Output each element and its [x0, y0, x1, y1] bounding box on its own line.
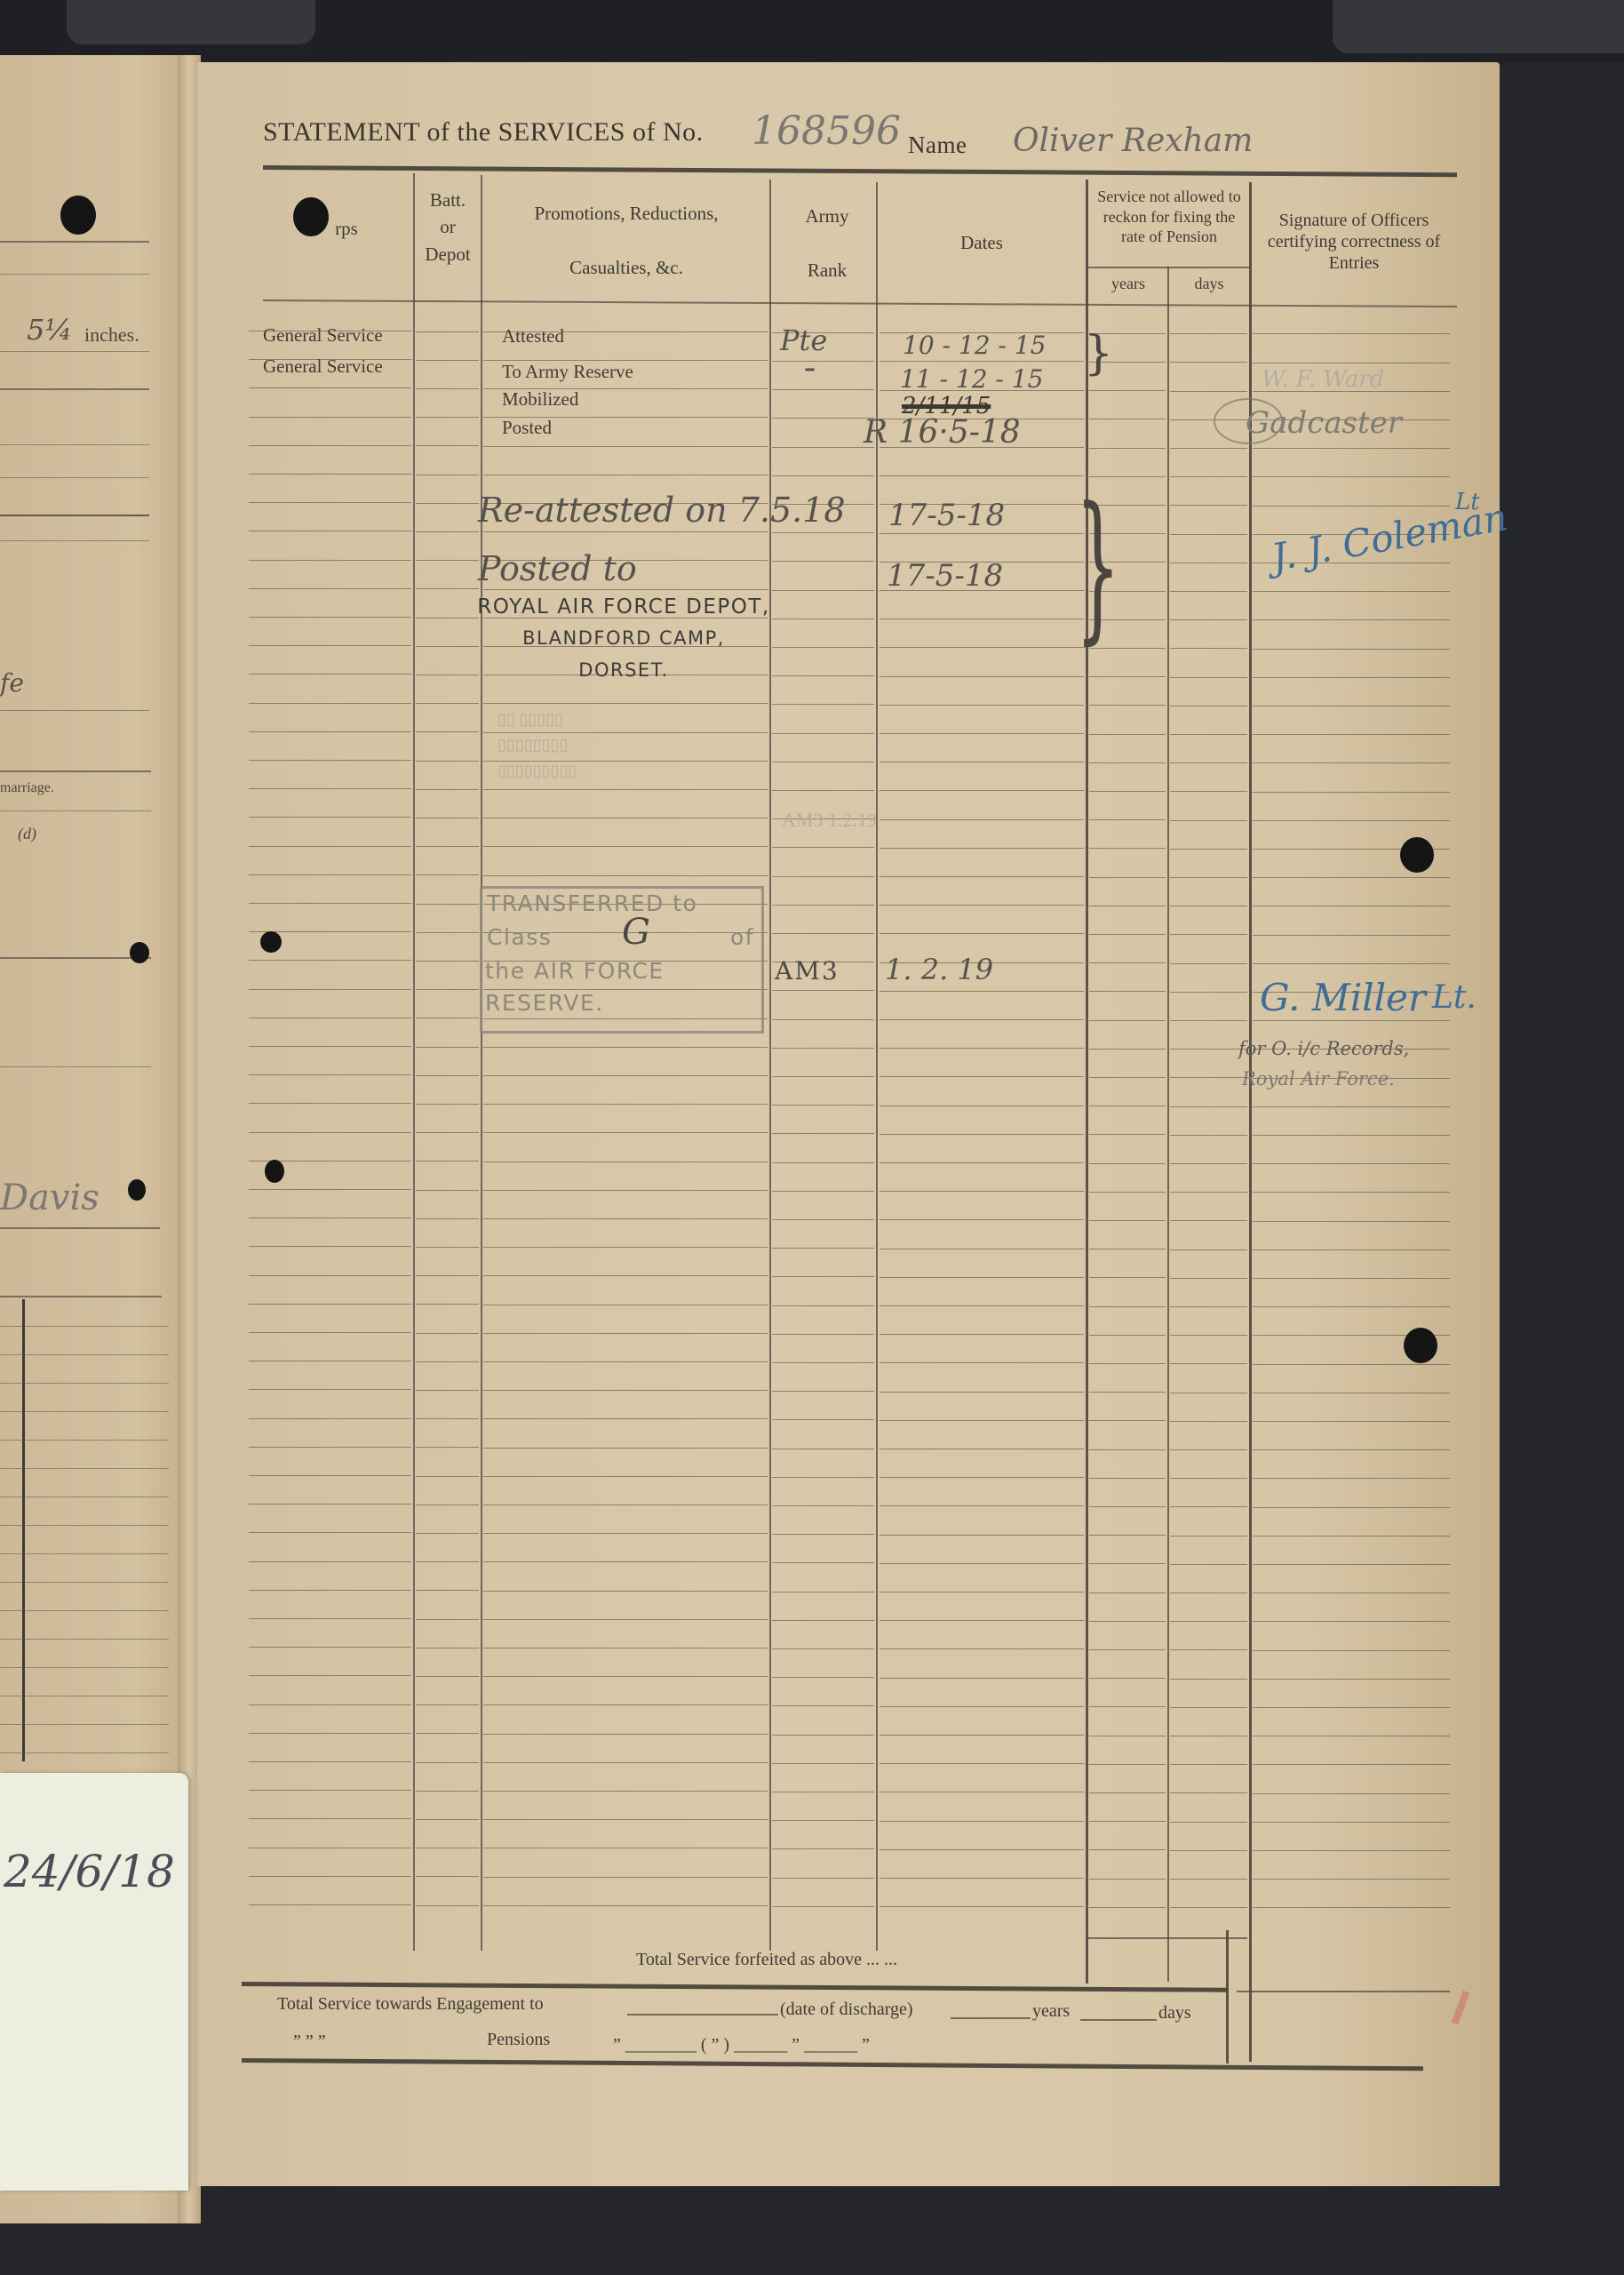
col-divider-corps — [413, 173, 415, 1951]
left-rule — [0, 388, 149, 390]
brace-icon: } — [1084, 327, 1113, 380]
row-event-reserve: To Army Reserve — [502, 361, 633, 383]
posting-stamp-line-1: ROYAL AIR FORCE DEPOT, — [455, 595, 792, 619]
days-label: days — [1158, 2003, 1191, 2024]
transfer-class-value: G — [622, 912, 650, 953]
backdrop-cloth — [67, 0, 315, 44]
years-label: years — [1032, 2001, 1070, 2022]
posting-stamp-line-3: DORSET. — [455, 659, 792, 681]
left-rule — [0, 444, 149, 445]
forfeited-rule — [1087, 1937, 1247, 1939]
header-corps: rps — [329, 215, 364, 242]
transfer-stamp-class-label: Class — [487, 924, 552, 950]
header-days: days — [1169, 274, 1249, 294]
title-prefix: STATEMENT of the SERVICES of No. — [263, 117, 704, 147]
row-corps-1: General Service — [263, 324, 383, 347]
punch-hole — [1404, 1328, 1437, 1363]
left-rule — [0, 241, 149, 243]
punch-hole — [130, 942, 149, 963]
header-dates: Dates — [880, 229, 1084, 256]
left-rule — [0, 274, 149, 275]
signature-miller: G. Miller — [1260, 976, 1426, 1019]
left-rule — [0, 1227, 160, 1229]
pensions-line: ” ________ ( ” ) ______ ” ______ ” — [613, 2035, 870, 2055]
header-service-not-allowed: Service not allowed to reckon for fixing… — [1091, 187, 1247, 247]
row-event-posted-to: Posted to — [478, 549, 637, 588]
punch-hole — [260, 931, 282, 953]
header-signature: Signature of Officers certifying correct… — [1254, 210, 1453, 274]
transfer-date: 1. 2. 19 — [885, 953, 993, 986]
left-rule — [0, 710, 149, 711]
marriage-fragment: marriage. — [0, 780, 54, 796]
punch-hole — [128, 1179, 146, 1201]
left-rule — [0, 1066, 151, 1067]
row-event-reattested: Re-attested on 7.5.18 — [478, 491, 846, 530]
attached-slip: 24/6/18 — [0, 1773, 188, 2191]
backdrop-cloth-right — [1333, 0, 1624, 53]
transfer-rank: AM3 — [775, 956, 840, 986]
date-attested: 10 - 12 - 15 — [903, 331, 1046, 360]
name-label: Name — [908, 132, 967, 159]
col-divider-years — [1167, 267, 1169, 1982]
years-days-rule — [1087, 267, 1249, 268]
punch-hole — [265, 1160, 284, 1183]
header-rank: Army Rank — [789, 203, 865, 283]
signature-coleman-suffix: Lt — [1455, 489, 1480, 515]
years-blank — [951, 2017, 1031, 2019]
posting-stamp-line-2: BLANDFORD CAMP, — [455, 627, 792, 649]
date-reattested: 17-5-18 — [888, 498, 1005, 533]
engagement-label: Total Service towards Engagement to — [277, 1994, 544, 2015]
row-event-attested: Attested — [502, 325, 564, 347]
left-rule — [0, 540, 149, 541]
header-batt: Batt. or Depot — [414, 187, 482, 267]
engagement-blank — [627, 2014, 778, 2016]
header-promotions: Promotions, Reductions, Casualties, &c. — [484, 200, 768, 281]
slip-date: 24/6/18 — [4, 1846, 175, 1897]
left-rule — [0, 957, 151, 959]
left-table-divider — [22, 1299, 25, 1761]
footer-sig-rule — [1237, 1991, 1450, 1992]
wife-fragment: fe — [0, 668, 24, 698]
rank-pte: Pte — [780, 323, 827, 357]
footer-divider — [1226, 1930, 1229, 2063]
date-of-discharge-label: (date of discharge) — [780, 2000, 913, 2020]
col-divider-batt — [481, 175, 482, 1951]
signature-miller-suffix: Lt. — [1432, 979, 1477, 1016]
days-blank — [1080, 2019, 1157, 2021]
transfer-stamp-line-1: TRANSFERRED to — [487, 890, 697, 916]
pensions-ditto: ” ” ” — [293, 2032, 326, 2052]
marker-d: (d) — [18, 825, 36, 843]
height-suffix: inches. — [84, 323, 139, 347]
date-posted: R 16·5-18 — [864, 414, 1021, 451]
service-number: 168596 — [752, 108, 901, 154]
left-rule — [0, 477, 149, 478]
total-forfeited: Total Service forfeited as above ... ... — [636, 1950, 897, 1970]
left-rule — [0, 515, 149, 516]
date-reserve: 11 - 12 - 15 — [900, 364, 1043, 394]
rank-dash: – — [804, 355, 816, 382]
left-rule — [0, 1296, 162, 1297]
col-divider-service — [1249, 182, 1252, 2062]
col-divider-dates — [1086, 180, 1088, 1984]
records-stamp-line-1: for O. i/c Records, — [1238, 1038, 1409, 1059]
signature-ward: W. F. Ward — [1262, 366, 1384, 393]
row-event-mobilized: Mobilized — [502, 388, 578, 411]
punch-hole — [60, 196, 96, 235]
transfer-stamp-line-4: RESERVE. — [485, 990, 604, 1016]
transfer-stamp-of: of — [730, 924, 754, 950]
signature-gadcaster: Gadcaster — [1246, 405, 1402, 441]
brace-icon: } — [1075, 487, 1121, 647]
left-rule — [0, 351, 149, 352]
left-rule — [0, 770, 151, 772]
name-fragment: Davis — [0, 1177, 100, 1218]
pensions-label: Pensions — [487, 2030, 550, 2050]
records-stamp-line-2: Royal Air Force. — [1242, 1068, 1395, 1090]
row-corps-2: General Service — [263, 355, 383, 378]
punch-hole — [293, 197, 329, 236]
faded-stamp: ▯▯ ▯▯▯▯▯▯▯▯▯▯▯▯▯▯▯▯▯▯▯▯▯▯ — [498, 706, 577, 783]
header-years: years — [1089, 274, 1167, 294]
transfer-stamp-line-3: the AIR FORCE — [485, 958, 665, 984]
faded-entry: AM3 1.2.19 — [782, 809, 877, 832]
name-value: Oliver Rexham — [1013, 123, 1253, 159]
left-rule — [0, 810, 151, 811]
col-divider-promotions — [769, 180, 771, 1951]
row-event-posted: Posted — [502, 417, 552, 439]
height-value: 5¼ — [27, 313, 72, 347]
date-posted-to: 17-5-18 — [887, 558, 1003, 594]
punch-hole — [1400, 837, 1434, 873]
document-title: STATEMENT of the SERVICES of No. — [263, 117, 704, 148]
